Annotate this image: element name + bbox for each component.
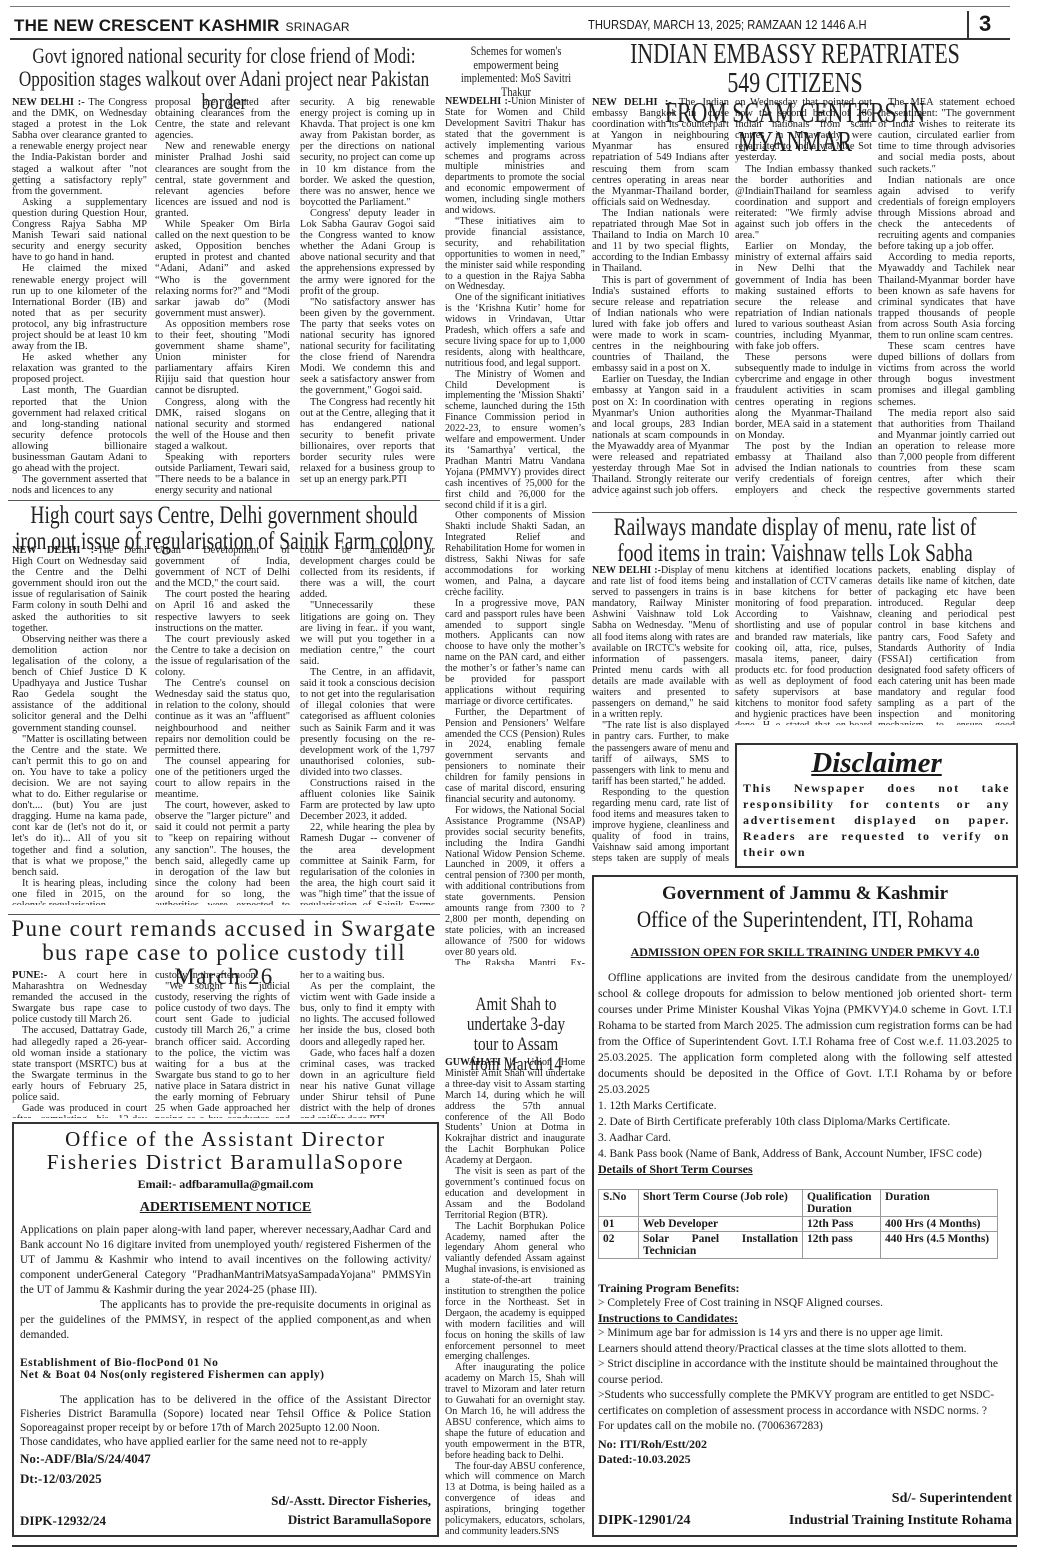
fisheries-item-1: Establishment of Bio-flocPond 01 No: [20, 1357, 431, 1369]
benefit-item: > Completely Free of Cost training in NS…: [598, 1296, 1012, 1311]
iti-documents: 1. 12th Marks Certificate. 2. Date of Bi…: [598, 1098, 1012, 1162]
table-row: 02 Solar Panel Installation Technician 1…: [599, 1232, 998, 1259]
notice-title: ADERTISEMENT NOTICE: [20, 1200, 431, 1216]
iti-ref-no: No: ITI/Roh/Estt/202: [598, 1437, 1012, 1452]
iti-subtitle: ADMISSION OPEN FOR SKILL TRAINING UNDER …: [598, 945, 1012, 960]
sainik-col-2: Urban Development of government of India…: [155, 545, 290, 905]
embassy-col-1: NEW DELHI :- The Indian embassy Bangkok …: [592, 97, 729, 497]
courses-table: S.No Short Term Course (Job role) Qualif…: [598, 1189, 998, 1259]
embassy-col-3: The MEA statement echoed the sentiment: …: [878, 97, 1015, 497]
fisheries-para-2: The applicants has to provide the pre-re…: [20, 1298, 431, 1343]
adani-col-1: NEW DELHI :- The Congress and the DMK, o…: [12, 97, 147, 497]
railways-col-1: NEW DELHI :-Display of menu and rate lis…: [592, 565, 729, 865]
sainik-col-3: could be amended or development charges …: [300, 545, 435, 905]
fisheries-item-2: Net & Boat 04 Nos(only registered Fisher…: [20, 1369, 431, 1381]
iti-advertisement: Government of Jammu & Kashmir Office of …: [592, 875, 1018, 1537]
iti-intro: Offline applications are invited from th…: [598, 970, 1012, 1098]
table-header-row: S.No Short Term Course (Job role) Qualif…: [599, 1190, 998, 1217]
pune-col-2: custody in the afternoon. "We sought his…: [155, 970, 290, 1118]
sainik-col-1: NEW DELHI :-The Delhi High Court on Wedn…: [12, 545, 147, 905]
railways-headline: Railways mandate display of menu, rate l…: [612, 515, 979, 568]
iti-title-1: Government of Jammu & Kashmir: [598, 883, 1012, 905]
disclaimer-box: Disclaimer This Newspaper does not take …: [735, 743, 1018, 868]
schemes-column: NEWDELHI :-Union Minister of State for W…: [445, 97, 585, 965]
divider: [8, 914, 440, 915]
divider: [592, 512, 1017, 513]
fisheries-advertisement: Office of the Assistant Director Fisheri…: [12, 1122, 439, 1537]
fisheries-para-4: Those candidates, who have applied earli…: [20, 1435, 431, 1449]
fisheries-ref-no: No:-ADF/Bla/S/24/4047: [20, 1451, 431, 1467]
disclaimer-text: This Newspaper does not take responsibil…: [737, 780, 1016, 860]
fisheries-date: Dt:-12/03/2025: [20, 1471, 431, 1487]
instructions-title: Instructions to Candidates:: [598, 1311, 1012, 1326]
disclaimer-title: Disclaimer: [737, 747, 1016, 780]
masthead: THE NEW CRESCENT KASHMIRSRINAGAR THURSDA…: [10, 6, 1010, 40]
iti-sign-2: Industrial Training Institute Rohama: [789, 1513, 1012, 1529]
fisheries-signatory: Sd/-Asstt. Director Fisheries, District …: [271, 1491, 431, 1529]
issue-date: THURSDAY, MARCH 13, 2025; RAMZAAN 12 144…: [588, 17, 867, 32]
fisheries-ad-title: Office of the Assistant Director Fisheri…: [20, 1128, 431, 1174]
page-number: 3: [967, 11, 991, 39]
iti-date: Dated:-10.03.2025: [598, 1452, 1012, 1467]
railways-col-3: packets, enabling display of details lik…: [878, 565, 1015, 725]
fisheries-dipk: DIPK-12932/24: [20, 1513, 106, 1529]
fisheries-para-1: Applications on plain paper along-with l…: [20, 1223, 431, 1298]
amit-shah-column: GUWAHATI |:- Union Home Minister Amit Sh…: [445, 1058, 585, 1538]
divider: [8, 500, 440, 501]
iti-title-2: Office of the Superintendent, ITI, Roham…: [627, 907, 983, 933]
table-row: 01 Web Developer 12th Pass 400 Hrs (4 Mo…: [599, 1217, 998, 1232]
iti-sign-1: Sd/- Superintendent: [892, 1491, 1012, 1507]
newspaper-title: THE NEW CRESCENT KASHMIRSRINAGAR: [14, 16, 350, 36]
iti-dipk: DIPK-12901/24: [598, 1513, 691, 1529]
pune-col-3: her to a waiting bus. As per the complai…: [300, 970, 435, 1118]
adani-col-3: security. A big renewable energy project…: [300, 97, 435, 497]
railways-col-2: kitchens at identified locations and ins…: [735, 565, 872, 725]
bottom-rule: [12, 1545, 1017, 1547]
pune-col-1: PUNE:- A court here in Maharashtra on We…: [12, 970, 147, 1118]
benefits-title: Training Program Benefits:: [598, 1281, 1012, 1296]
fisheries-para-3: The application has to be delivered in t…: [20, 1393, 431, 1435]
fisheries-email: Email:- adfbaramulla@gmail.com: [20, 1177, 431, 1192]
schemes-headline: Schemes for women's empowerment being im…: [458, 44, 573, 99]
embassy-col-2: on Wednesday that pointed out how the se…: [735, 97, 872, 497]
adani-col-2: proposal are granted after obtaining cle…: [155, 97, 290, 497]
courses-title: Details of Short Term Courses: [598, 1162, 1012, 1177]
instructions-list: > Minimum age bar for admission is 14 yr…: [598, 1326, 1012, 1435]
city-label: SRINAGAR: [285, 20, 349, 34]
